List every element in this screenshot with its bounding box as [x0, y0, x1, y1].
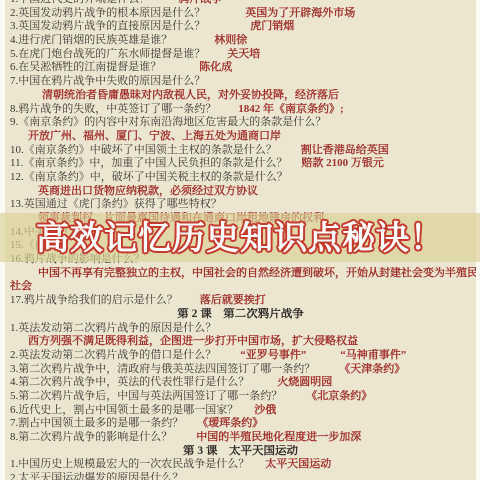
question-line: 13.英国通过《虎门条约》获得了哪些特权？	[5, 198, 476, 212]
answer-text: “亚罗号事件”	[240, 349, 306, 361]
question-text: 3.第二次鸦片战争中，清政府与俄美英法四国签订了哪一条约？	[10, 363, 315, 375]
answer-text: 赔款 2100 万银元	[301, 157, 384, 169]
question-line: 8.鸦片战争的失败，中英签订了哪一条约？1842 年《南京条约》;	[5, 103, 476, 117]
question-text: 1.中国近代史的开端是什么？	[10, 0, 150, 5]
question-line: 1.英法发动第二次鸦片战争的原因是什么？	[5, 322, 476, 336]
question-line: 2.英国发动鸦片战争的根本原因是什么？英国为了开辟海外市场	[5, 7, 476, 21]
question-text: 2.英法发动第二次鸦片战争的借口是什么？	[10, 349, 216, 361]
answer-line: 开放广州、福州、厦门、宁波、上海五处为通商口岸	[5, 130, 476, 144]
question-line: 8.第二次鸦片战争的影响是什么？中国的半殖民地化程度进一步加深	[5, 431, 476, 445]
question-text: 7.中国在鸦片战争中失败的原因是什么？	[10, 75, 205, 87]
question-text: 9.《南京条约》的内容中对东南沿海地区危害最大的条款是什么？	[10, 116, 326, 128]
question-line: 17.鸦片战争给我们的启示是什么？落后就要挨打	[5, 294, 476, 308]
question-text: 2.英国发动鸦片战争的根本原因是什么？	[10, 7, 205, 19]
question-line: 7.中国在鸦片战争中失败的原因是什么？	[5, 75, 476, 89]
question-text: 4.进行虎门销烟的民族英雄是谁？	[10, 34, 172, 46]
question-line: 4.第二次鸦片战争中，英法的代表性罪行是什么？火烧圆明园	[5, 376, 476, 390]
question-line: 11.《南京条约》中，加重了中国人民负担的条款是什么？赔款 2100 万银元	[5, 157, 476, 171]
answer-line: 中国不再享有完整独立的主权，中国社会的自然经济遭到破坏，开始从封建社会变为半殖民…	[5, 267, 476, 281]
question-text: 8.鸦片战争的失败，中英签订了哪一条约？	[10, 103, 216, 115]
question-line: 9.《南京条约》的内容中对东南沿海地区危害最大的条款是什么？	[5, 116, 476, 130]
answer-text: 火烧圆明园	[277, 376, 332, 388]
answer-line: 西方列强不满足既得利益，企图进一步打开中国市场，扩大侵略权益	[5, 335, 476, 349]
question-text: 7.割占中国领土最多的是哪一条约？	[10, 417, 183, 429]
answer-text: 英商进出口货物应纳税款，必须经过双方协议	[38, 185, 258, 197]
answer-line: 社会	[5, 280, 476, 294]
question-line: 3.第二次鸦片战争中，清政府与俄美英法四国签订了哪一条约？《天津条约》	[5, 363, 476, 377]
section-heading: 第 3 课 太平天国运动	[5, 445, 476, 459]
answer-text: 虎门销烟	[250, 20, 294, 32]
question-text: 5.在虎门炮台战死的广东水师提督是谁？	[10, 48, 205, 60]
answer-text: 太平天国运动	[265, 458, 331, 470]
question-text: 10.《南京条约》中破坏了中国领土主权的条款是什么？	[10, 144, 277, 156]
answer-text: 《瑷珲条约》	[197, 417, 263, 429]
question-text: 3.英国发动鸦片战争的直接原因是什么？	[10, 20, 205, 32]
question-line: 6.近代史上，割占中国领土最多的是哪一国家？沙俄	[5, 404, 476, 418]
question-text: 17.鸦片战争给我们的启示是什么？	[10, 294, 178, 306]
answer-text: 鸦片战争	[178, 0, 222, 5]
question-text: 13.英国通过《虎门条约》获得了哪些特权？	[10, 198, 222, 210]
answer-text: 关天培	[227, 48, 260, 60]
answer-text: 《天津条约》	[339, 363, 405, 375]
answer-text: 开放广州、福州、厦门、宁波、上海五处为通商口岸	[28, 130, 281, 142]
question-line: 2.英法发动第二次鸦片战争的借口是什么？“亚罗号事件”“马神甫事件”	[5, 349, 476, 363]
question-line: 5.第二次鸦片战争后，中国与英法两国签订了哪一条约？《北京条约》	[5, 390, 476, 404]
question-text: 1.中国历史上规模最宏大的一次农民战争是什么？	[10, 458, 249, 470]
answer-line: 清朝统治者昏庸愚昧对内敌视人民，对外妥协投降，经济落后	[5, 89, 476, 103]
question-line: 6.在吴淞牺牲的江南提督是谁？陈化成	[5, 61, 476, 75]
question-line: 4.进行虎门销烟的民族英雄是谁？林则徐	[5, 34, 476, 48]
answer-text: 落后就要挨打	[200, 294, 266, 306]
question-text: 11.《南京条约》中，加重了中国人民负担的条款是什么？	[10, 157, 287, 169]
answer-text: 割让香港岛给英国	[301, 144, 389, 156]
answer-text: 沙俄	[254, 404, 276, 416]
answer-text: 社会	[10, 280, 32, 292]
heading-text: 第 2 课 第二次鸦片战争	[177, 308, 304, 320]
question-line: 1.中国历史上规模最宏大的一次农民战争是什么？太平天国运动	[5, 458, 476, 472]
answer-text: 英国为了开辟海外市场	[245, 7, 355, 19]
answer-text: 中国不再享有完整独立的主权，中国社会的自然经济遭到破坏，开始从封建社会变为半殖民…	[38, 267, 476, 279]
question-text: 5.第二次鸦片战争后，中国与英法两国签订了哪一条约？	[10, 390, 282, 402]
banner-title: 高效记忆历史知识点秘诀！	[0, 217, 480, 259]
question-text: 4.第二次鸦片战争中，英法的代表性罪行是什么？	[10, 376, 249, 388]
question-line: 5.在虎门炮台战死的广东水师提督是谁？关天培	[5, 48, 476, 62]
answer-text: 中国的半殖民地化程度进一步加深	[196, 431, 361, 443]
answer-text: 《北京条约》	[306, 390, 372, 402]
section-heading: 第 2 课 第二次鸦片战争	[5, 308, 476, 322]
heading-text: 第 3 课 太平天国运动	[183, 445, 298, 457]
question-text: 8.第二次鸦片战争的影响是什么？	[10, 431, 172, 443]
question-text: 6.在吴淞牺牲的江南提督是谁？	[10, 61, 161, 73]
question-text: 12.《南京条约》中，破坏了中国关税主权的条款是什么？	[10, 171, 288, 183]
question-line: 3.英国发动鸦片战争的直接原因是什么？虎门销烟	[5, 20, 476, 34]
answer-text: “马神甫事件”	[340, 349, 406, 361]
question-line: 1.中国近代史的开端是什么？鸦片战争	[5, 0, 476, 7]
question-text: 1.英法发动第二次鸦片战争的原因是什么？	[10, 322, 216, 334]
answer-text: 清朝统治者昏庸愚昧对内敌视人民，对外妥协投降，经济落后	[42, 89, 339, 101]
question-line: 7.割占中国领土最多的是哪一条约？《瑷珲条约》	[5, 417, 476, 431]
question-text: 2.太平天国运动爆发的原因是什么？	[10, 472, 183, 480]
question-line: 12.《南京条约》中，破坏了中国关税主权的条款是什么？	[5, 171, 476, 185]
answer-text: 1842 年《南京条约》;	[238, 103, 343, 115]
answer-text: 林则徐	[214, 34, 247, 46]
answer-text: 陈化成	[199, 61, 232, 73]
question-line: 2.太平天国运动爆发的原因是什么？	[5, 472, 476, 480]
question-line: 10.《南京条约》中破坏了中国领土主权的条款是什么？割让香港岛给英国	[5, 144, 476, 158]
answer-line: 英商进出口货物应纳税款，必须经过双方协议	[5, 185, 476, 199]
answer-text: 西方列强不满足既得利益，企图进一步打开中国市场，扩大侵略权益	[28, 335, 358, 347]
question-text: 6.近代史上，割占中国领土最多的是哪一国家？	[10, 404, 238, 416]
